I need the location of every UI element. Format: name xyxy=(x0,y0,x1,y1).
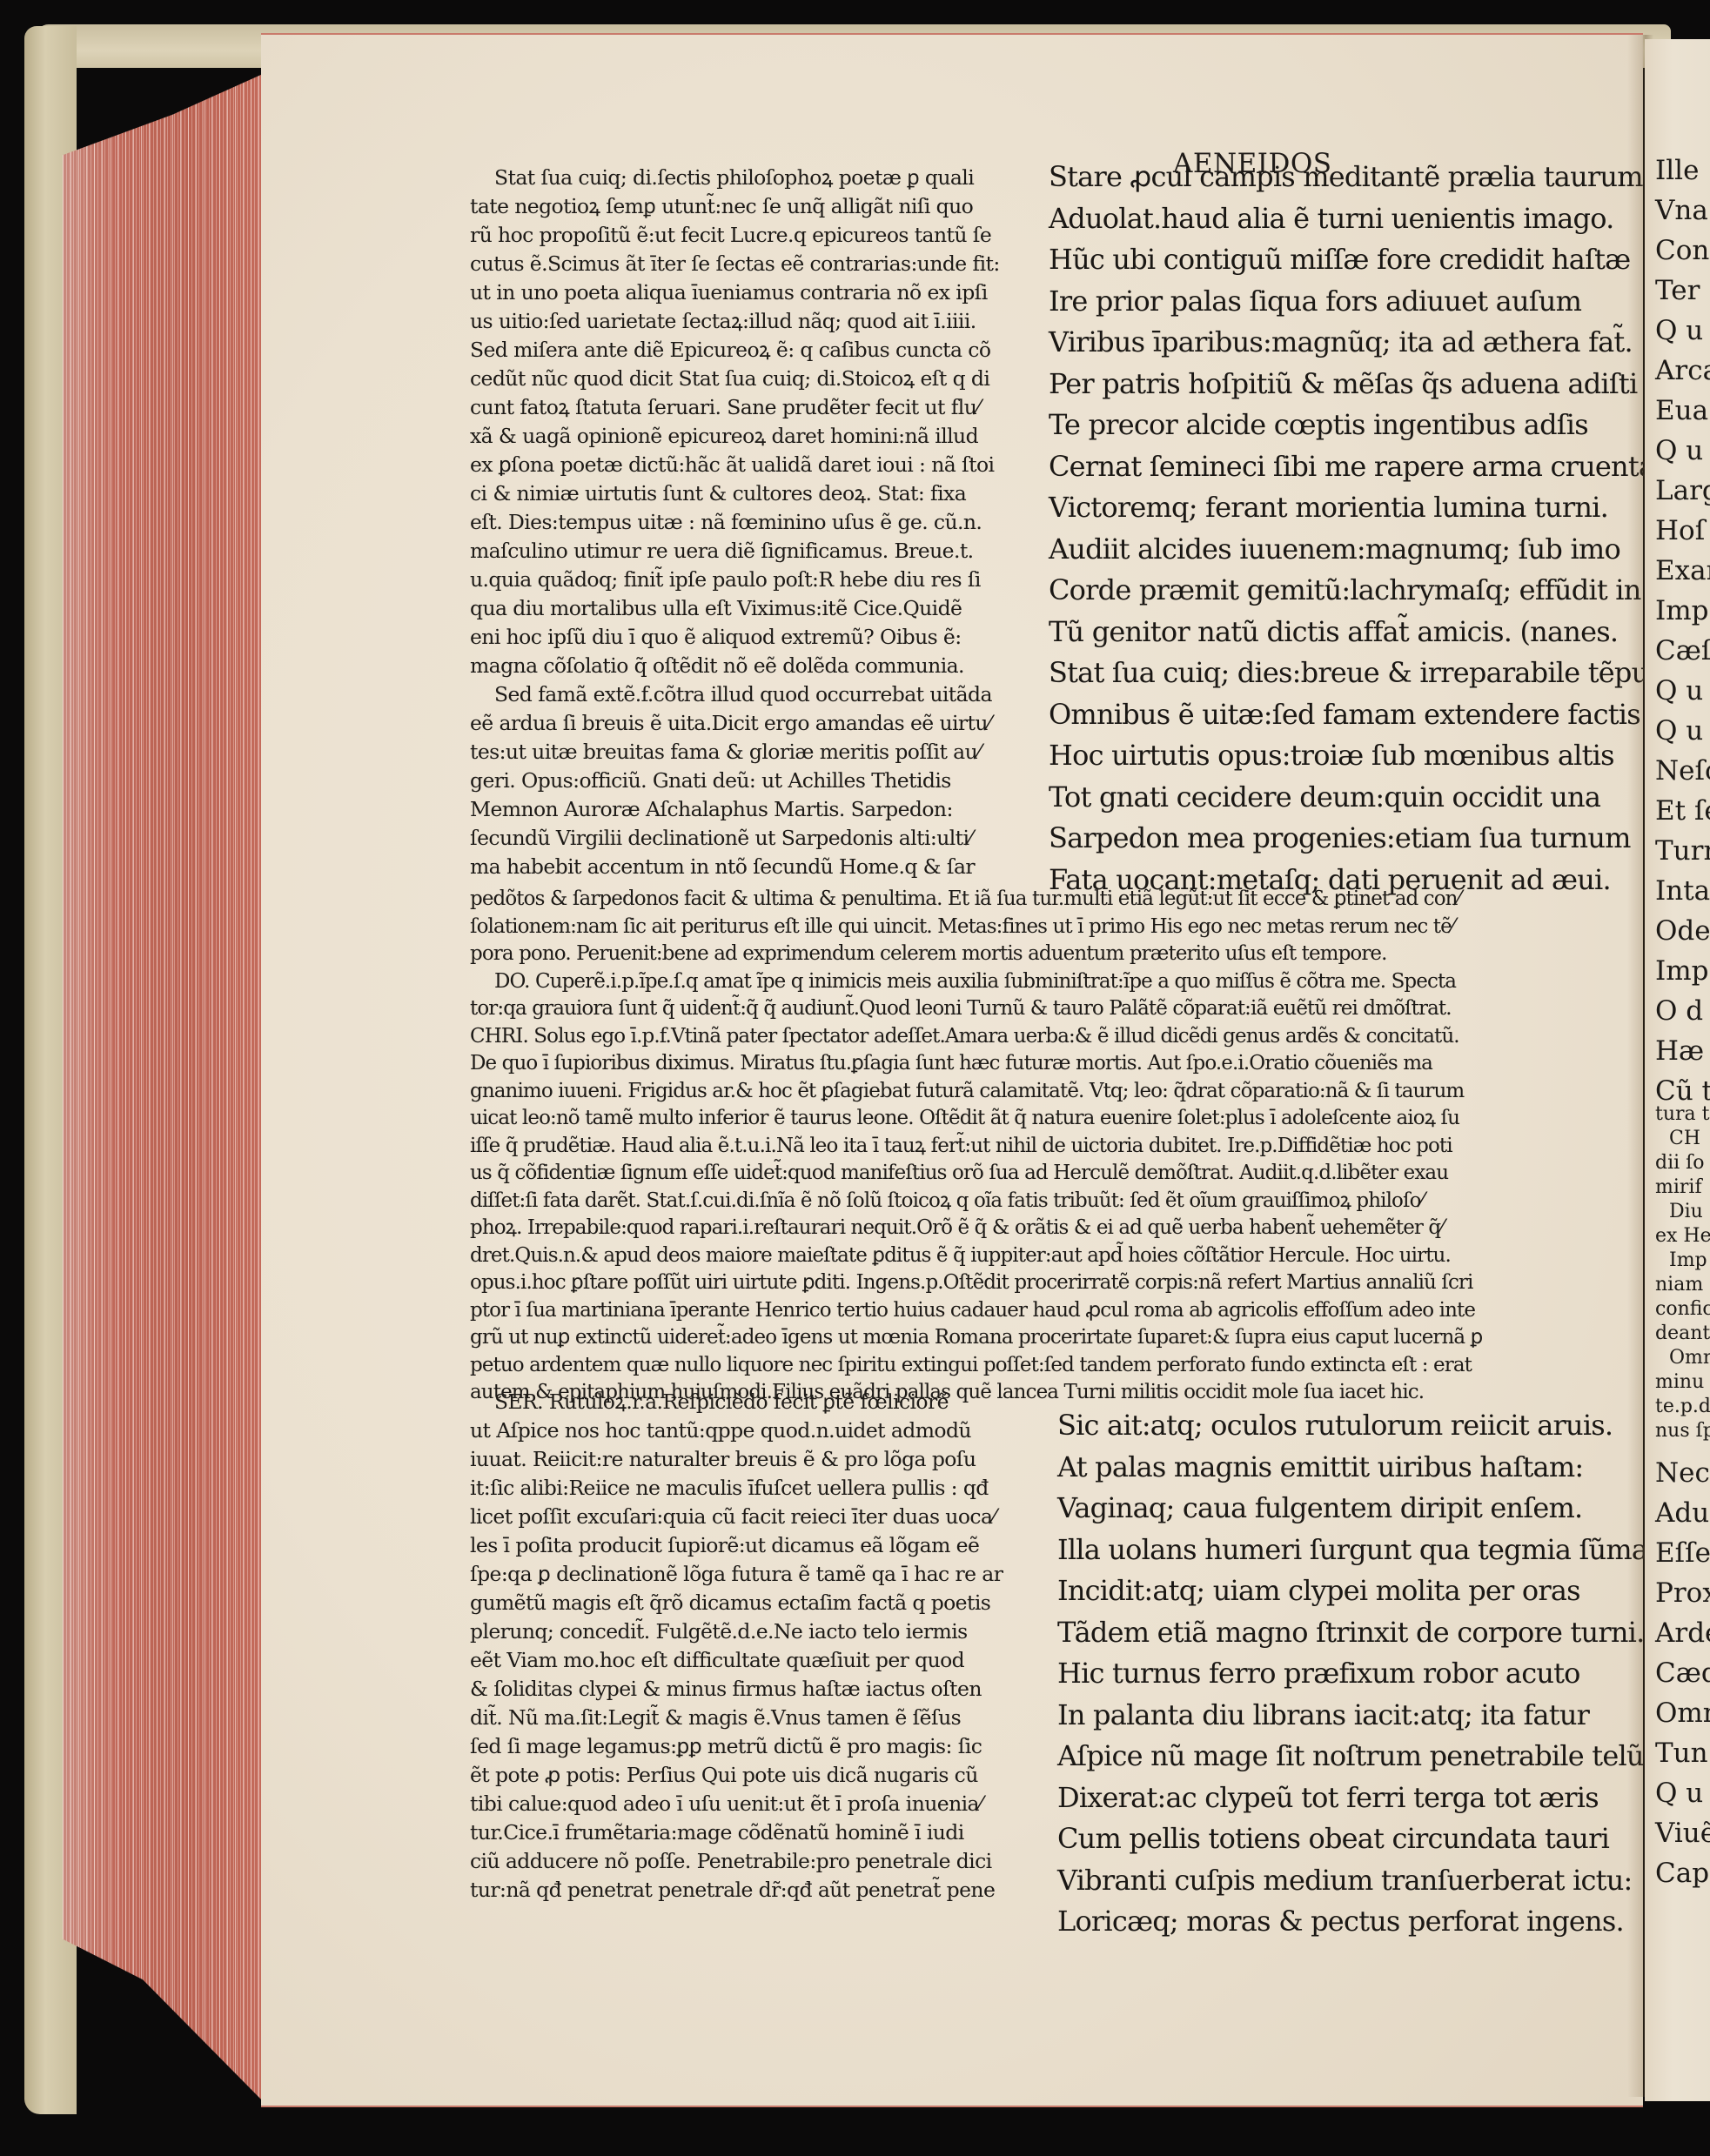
verse-line: Stat ſua cuiq; dies:breue & irreparabile… xyxy=(1049,653,1606,694)
commentary-line: tate negotioꝝ ſemꝑ utunt̃:nec ſe unq̃ al… xyxy=(470,192,1044,221)
recto-line-fragment: niam xyxy=(1645,1273,1710,1297)
recto-line-fragment: nus ſp xyxy=(1645,1419,1710,1443)
verse-line: Tũ genitor natũ dictis affat̃ amicis. (n… xyxy=(1049,612,1606,653)
recto-line-fragment: te.p.d xyxy=(1645,1395,1710,1419)
verse-line: Hic turnus ferro præfixum robor acuto xyxy=(1057,1653,1606,1695)
recto-line-fragment: Larg xyxy=(1645,471,1710,511)
recto-line-fragment: Inta xyxy=(1645,871,1710,911)
verse-line: Hũc ubi contiguũ miſſæ fore credidit haſ… xyxy=(1049,239,1606,281)
verse-line: Incidit:atq; uiam clypei molita per oras xyxy=(1057,1570,1606,1612)
recto-line-fragment: Hoſ xyxy=(1645,511,1710,551)
upper-verse-column: Stare ꝓcul campis meditantẽ prælia tauru… xyxy=(1049,157,1606,901)
recto-line-fragment: tura t xyxy=(1645,1102,1710,1127)
commentary-line: ſolationem:nam ſic ait periturus eſt ill… xyxy=(470,914,1619,941)
recto-line-fragment: ex He xyxy=(1645,1224,1710,1249)
recto-line-fragment: Ille xyxy=(1645,151,1710,191)
lower-commentary-column: SER. Rutuloꝝ.r.a.Reſpiciẽdo fecit ꝑtẽ fœ… xyxy=(470,1388,1049,1905)
recto-line-fragment: Exan xyxy=(1645,551,1710,591)
commentary-line: cunt fatoꝝ ſtatuta ſeruari. Sane prudẽte… xyxy=(470,393,1044,422)
recto-line-fragment: Omn xyxy=(1645,1346,1710,1370)
commentary-line: us q̃ cõfidentiæ ſignum eſſe uidet̃:quod… xyxy=(470,1160,1619,1188)
commentary-line: ma habebit accentum in ntõ ſecundũ Home.… xyxy=(470,853,1044,881)
verse-line: Illa uolans humeri ſurgunt qua tegmia ſũ… xyxy=(1057,1530,1606,1571)
recto-line-fragment: Cæſ xyxy=(1645,631,1710,671)
recto-line-fragment: Cæd xyxy=(1645,1653,1710,1693)
recto-line-fragment: Imp xyxy=(1645,951,1710,991)
commentary-line: ex ꝑſona poetæ dictũ:hãc ãt ualidã daret… xyxy=(470,451,1044,479)
book-page-verso: AENEIDOS Stat ſua cuiq; di.ſectis philoſ… xyxy=(261,33,1643,2107)
commentary-line: gnanimo iuueni. Frigidus ar.& hoc ẽt ꝑſa… xyxy=(470,1078,1619,1106)
commentary-line: eni hoc ipſũ diu ī quo ẽ aliquod extremũ… xyxy=(470,623,1044,652)
commentary-line: tur:nã qđ penetrat penetrale dr̃:qđ aũt … xyxy=(470,1876,1049,1905)
verse-line: Dixerat:ac clypeũ tot ferri terga tot ær… xyxy=(1057,1778,1606,1819)
verse-line: Vibranti cuſpis medium tranſuerberat ict… xyxy=(1057,1860,1606,1902)
recto-line-fragment: Viuẽ xyxy=(1645,1813,1710,1853)
verse-line: Hoc uirtutis opus:troiæ ſub mœnibus alti… xyxy=(1049,735,1606,777)
commentary-line: u.quia quãdoq; finit̃ ipſe paulo poſt:R … xyxy=(470,566,1044,594)
verse-line: Sarpedon mea progenies:etiam ſua turnum xyxy=(1049,818,1606,860)
recto-line-fragment: Adu xyxy=(1645,1493,1710,1533)
recto-line-fragment: deant xyxy=(1645,1322,1710,1346)
verse-line: Stare ꝓcul campis meditantẽ prælia tauru… xyxy=(1049,157,1606,198)
commentary-line: uicat leo:nõ tamẽ multo inferior ẽ tauru… xyxy=(470,1105,1619,1133)
commentary-line: diſſet:ſi fata darẽt. Stat.ſ.cui.di.ſnĩa… xyxy=(470,1188,1619,1215)
commentary-line: SER. Rutuloꝝ.r.a.Reſpiciẽdo fecit ꝑtẽ fœ… xyxy=(470,1388,1049,1416)
recto-line-fragment: Omn xyxy=(1645,1693,1710,1733)
recto-verse-fragments-lower: NecAduEſſe ſProxArdeCædOmnTunQ uViuẽCap xyxy=(1645,1453,1710,1893)
recto-line-fragment: O d xyxy=(1645,991,1710,1031)
commentary-line: ut Aſpice nos hoc tantũ:qppe quod.n.uide… xyxy=(470,1416,1049,1445)
commentary-line: Stat ſua cuiq; di.ſectis philoſophoꝝ poe… xyxy=(470,164,1044,192)
commentary-line: De quo ī ſupioribus diximus. Miratus ſtu… xyxy=(470,1050,1619,1078)
verse-line: Cum pellis totiens obeat circundata taur… xyxy=(1057,1818,1606,1860)
commentary-line: us uitio:ſed uarietate ſectaꝝ:illud nãq;… xyxy=(470,307,1044,336)
recto-line-fragment: Neſc xyxy=(1645,751,1710,791)
commentary-line: eẽ ardua ſi breuis ẽ uita.Dicit ergo ama… xyxy=(470,709,1044,738)
recto-line-fragment: Q u xyxy=(1645,671,1710,711)
verse-line: Tãdem etiã magno ſtrinxit de corpore tur… xyxy=(1057,1612,1606,1654)
recto-line-fragment: CH xyxy=(1645,1127,1710,1151)
lower-verse-column: Sic ait:atq; oculos rutulorum reiicit ar… xyxy=(1057,1405,1606,1943)
commentary-line: & ſoliditas clypei & minus firmus haſtæ … xyxy=(470,1675,1049,1704)
verse-line: Omnibus ẽ uitæ:ſed famam extendere facti… xyxy=(1049,694,1606,736)
commentary-line: it:ſic alibi:Reiice ne maculis īfuſcet u… xyxy=(470,1474,1049,1503)
commentary-line: CHRI. Solus ego ī.p.f.Vtinã pater ſpecta… xyxy=(470,1023,1619,1051)
verse-line: Tot gnati cecidere deum:quin occidit una xyxy=(1049,777,1606,819)
recto-line-fragment: Q u xyxy=(1645,711,1710,751)
recto-line-fragment: Tun xyxy=(1645,1733,1710,1773)
recto-line-fragment: mirif xyxy=(1645,1175,1710,1200)
commentary-line: licet poſſit excuſari:quia cũ facit reie… xyxy=(470,1503,1049,1531)
commentary-line: gumẽtũ magis eſt q̃rõ dicamus ectaſim fa… xyxy=(470,1589,1049,1617)
recto-line-fragment: Arde xyxy=(1645,1613,1710,1653)
commentary-line: Sed famã extẽ.f.cõtra illud quod occurre… xyxy=(470,680,1044,709)
commentary-line: opus.i.hoc ꝑſtare poſſũt uiri uirtute ꝑd… xyxy=(470,1269,1619,1297)
commentary-line: iſſe q̃ prudẽtiæ. Haud alia ẽ.t.u.i.Nã l… xyxy=(470,1133,1619,1161)
commentary-line: DO. Cuperẽ.i.p.ĩpe.ſ.q amat ĩpe q inimic… xyxy=(470,968,1619,996)
commentary-line: dit̃. Nũ ma.ſit:Legit̃ & magis ẽ.Vnus ta… xyxy=(470,1704,1049,1732)
verse-line: Ire prior palas ſiqua fors adiuuet auſum xyxy=(1049,281,1606,323)
commentary-line: petuo ardentem quæ nullo liquore nec ſpi… xyxy=(470,1352,1619,1380)
verse-line: Viribus īparibus:magnũq; ita ad æthera f… xyxy=(1049,322,1606,364)
verse-line: Loricæq; moras & pectus perforat ingens. xyxy=(1057,1901,1606,1943)
commentary-line: tibi calue:quod adeo ī uſu uenit:ut ẽt ī… xyxy=(470,1790,1049,1818)
commentary-line: rũ hoc propoſitũ ẽ:ut fecit Lucre.q epic… xyxy=(470,221,1044,250)
commentary-line: ci & nimiæ uirtutis ſunt & cultores deoꝝ… xyxy=(470,479,1044,508)
recto-line-fragment: Q u xyxy=(1645,311,1710,351)
recto-line-fragment: Et ſe xyxy=(1645,791,1710,831)
recto-line-fragment: Prox xyxy=(1645,1573,1710,1613)
recto-line-fragment: Nec xyxy=(1645,1453,1710,1493)
commentary-line: Memnon Auroræ Aſchalaphus Martis. Sarped… xyxy=(470,795,1044,824)
recto-line-fragment: Imp xyxy=(1645,591,1710,631)
recto-line-fragment: Ter xyxy=(1645,271,1710,311)
verse-line: Aduolat.haud alia ẽ turni uenientis imag… xyxy=(1049,198,1606,240)
commentary-line: plerunq; concedit̃. Fulgẽtẽ.d.e.Ne iacto… xyxy=(470,1617,1049,1646)
verse-line: Per patris hoſpitiũ & mẽſas q̃s aduena a… xyxy=(1049,364,1606,405)
book-page-recto-partial: IlleVnaConTerQ uArcaEuaQ uLargHoſExanImp… xyxy=(1645,39,1710,2101)
commentary-line: tes:ut uitæ breuitas fama & gloriæ merit… xyxy=(470,738,1044,767)
commentary-line: magna cõſolatio q̃ oſtẽdit nõ eẽ dolẽda … xyxy=(470,652,1044,680)
recto-line-fragment: dii ſo xyxy=(1645,1151,1710,1175)
commentary-line: ſed ſi mage legamus:ꝑꝑ metrũ dictũ ẽ pro… xyxy=(470,1732,1049,1761)
commentary-line: pedõtos & ſarpedonos facit & ultima & pe… xyxy=(470,886,1619,914)
red-stained-page-edges xyxy=(63,74,263,2101)
commentary-line: les ī poſita producit ſupiorẽ:ut dicamus… xyxy=(470,1531,1049,1560)
recto-line-fragment: Q u xyxy=(1645,1773,1710,1813)
recto-line-fragment: Arca xyxy=(1645,351,1710,391)
commentary-line: tur.Cice.ī frumẽtaria:mage cõdẽnatũ homi… xyxy=(470,1818,1049,1847)
verse-line: Victoremq; ferant morientia lumina turni… xyxy=(1049,487,1606,529)
recto-line-fragment: Eſſe ſ xyxy=(1645,1533,1710,1573)
recto-line-fragment: Imp xyxy=(1645,1249,1710,1273)
recto-line-fragment: Q u xyxy=(1645,431,1710,471)
verse-line: In palanta diu librans iacit:atq; ita fa… xyxy=(1057,1695,1606,1737)
recto-line-fragment: confic xyxy=(1645,1297,1710,1322)
commentary-line: eẽt Viam mo.hoc eſt difficultate quæſiui… xyxy=(470,1646,1049,1675)
commentary-line: maſculino utimur re uera diẽ ſignificamu… xyxy=(470,537,1044,566)
commentary-line: Sed miſera ante diẽ Epicureoꝝ ẽ: q caſib… xyxy=(470,336,1044,365)
recto-line-fragment: Vna xyxy=(1645,191,1710,231)
recto-line-fragment: Ode xyxy=(1645,911,1710,951)
commentary-line: cutus ẽ.Scimus ãt īter ſe ſectas eẽ cont… xyxy=(470,250,1044,278)
commentary-line: cedũt nũc quod dicit Stat ſua cuiq; di.S… xyxy=(470,365,1044,393)
verse-line: Audiit alcides iuuenem:magnumq; ſub imo xyxy=(1049,529,1606,571)
recto-verse-fragments-upper: IlleVnaConTerQ uArcaEuaQ uLargHoſExanImp… xyxy=(1645,151,1710,1111)
recto-line-fragment: Diu xyxy=(1645,1200,1710,1224)
commentary-line: ciũ adducere nõ poſſe. Penetrabile:pro p… xyxy=(470,1847,1049,1876)
commentary-line: ſpe:qa ꝑ declinationẽ lõga futura ẽ tamẽ… xyxy=(470,1560,1049,1589)
recto-line-fragment: Hæ xyxy=(1645,1031,1710,1071)
commentary-line: qua diu mortalibus ulla eſt Viximus:itẽ … xyxy=(470,594,1044,623)
commentary-line: tor:qa grauiora ſunt q̃ uident̃:q̃ q̃ au… xyxy=(470,995,1619,1023)
verse-line: Aſpice nũ mage ſit noſtrum penetrabile t… xyxy=(1057,1736,1606,1778)
verse-line: Sic ait:atq; oculos rutulorum reiicit ar… xyxy=(1057,1405,1606,1447)
full-width-commentary: pedõtos & ſarpedonos facit & ultima & pe… xyxy=(470,886,1619,1407)
recto-line-fragment: Eua xyxy=(1645,391,1710,431)
recto-line-fragment: minu xyxy=(1645,1370,1710,1395)
commentary-line: ut in uno poeta aliqua īueniamus contrar… xyxy=(470,278,1044,307)
commentary-line: ẽt pote ꝓ potis: Perſius Qui pote uis di… xyxy=(470,1761,1049,1790)
commentary-line: iuuat. Reiicit:re naturalter breuis ẽ & … xyxy=(470,1445,1049,1474)
commentary-line: xã & uagã opinionẽ epicureoꝝ daret homin… xyxy=(470,422,1044,451)
commentary-line: ptor ī ſua martiniana īperante Henrico t… xyxy=(470,1297,1619,1325)
commentary-line: eſt. Dies:tempus uitæ : nã fœminino uſus… xyxy=(470,508,1044,537)
upper-commentary-column: Stat ſua cuiq; di.ſectis philoſophoꝝ poe… xyxy=(470,164,1044,881)
commentary-line: dret.Quis.n.& apud deos maiore maieſtate… xyxy=(470,1242,1619,1270)
commentary-line: pora pono. Peruenit:bene ad exprimendum … xyxy=(470,941,1619,968)
commentary-line: phoꝝ. Irrepabile:quod rapari.i.reſtaurar… xyxy=(470,1215,1619,1242)
recto-line-fragment: Turn xyxy=(1645,831,1710,871)
verse-line: Te precor alcide cœptis ingentibus adſis xyxy=(1049,405,1606,446)
verse-line: Vaginaq; caua fulgentem diripit enſem. xyxy=(1057,1488,1606,1530)
verse-line: Corde præmit gemitũ:lachrymaſq; effũdit … xyxy=(1049,570,1606,612)
recto-line-fragment: Cap xyxy=(1645,1853,1710,1893)
recto-line-fragment: Con xyxy=(1645,231,1710,271)
verse-line: At palas magnis emittit uiribus haſtam: xyxy=(1057,1447,1606,1489)
commentary-line: grũ ut nuꝑ extinctũ uideret̃:adeo īgens … xyxy=(470,1324,1619,1352)
recto-commentary-fragments: tura tCHdii ſomirifDiuex HeImpniamconfic… xyxy=(1645,1102,1710,1443)
verse-line: Cernat ſemineci ſibi me rapere arma crue… xyxy=(1049,446,1606,488)
commentary-line: ſecundũ Virgilii declinationẽ ut Sarpedo… xyxy=(470,824,1044,853)
commentary-line: geri. Opus:officiũ. Gnati deũ: ut Achill… xyxy=(470,767,1044,795)
